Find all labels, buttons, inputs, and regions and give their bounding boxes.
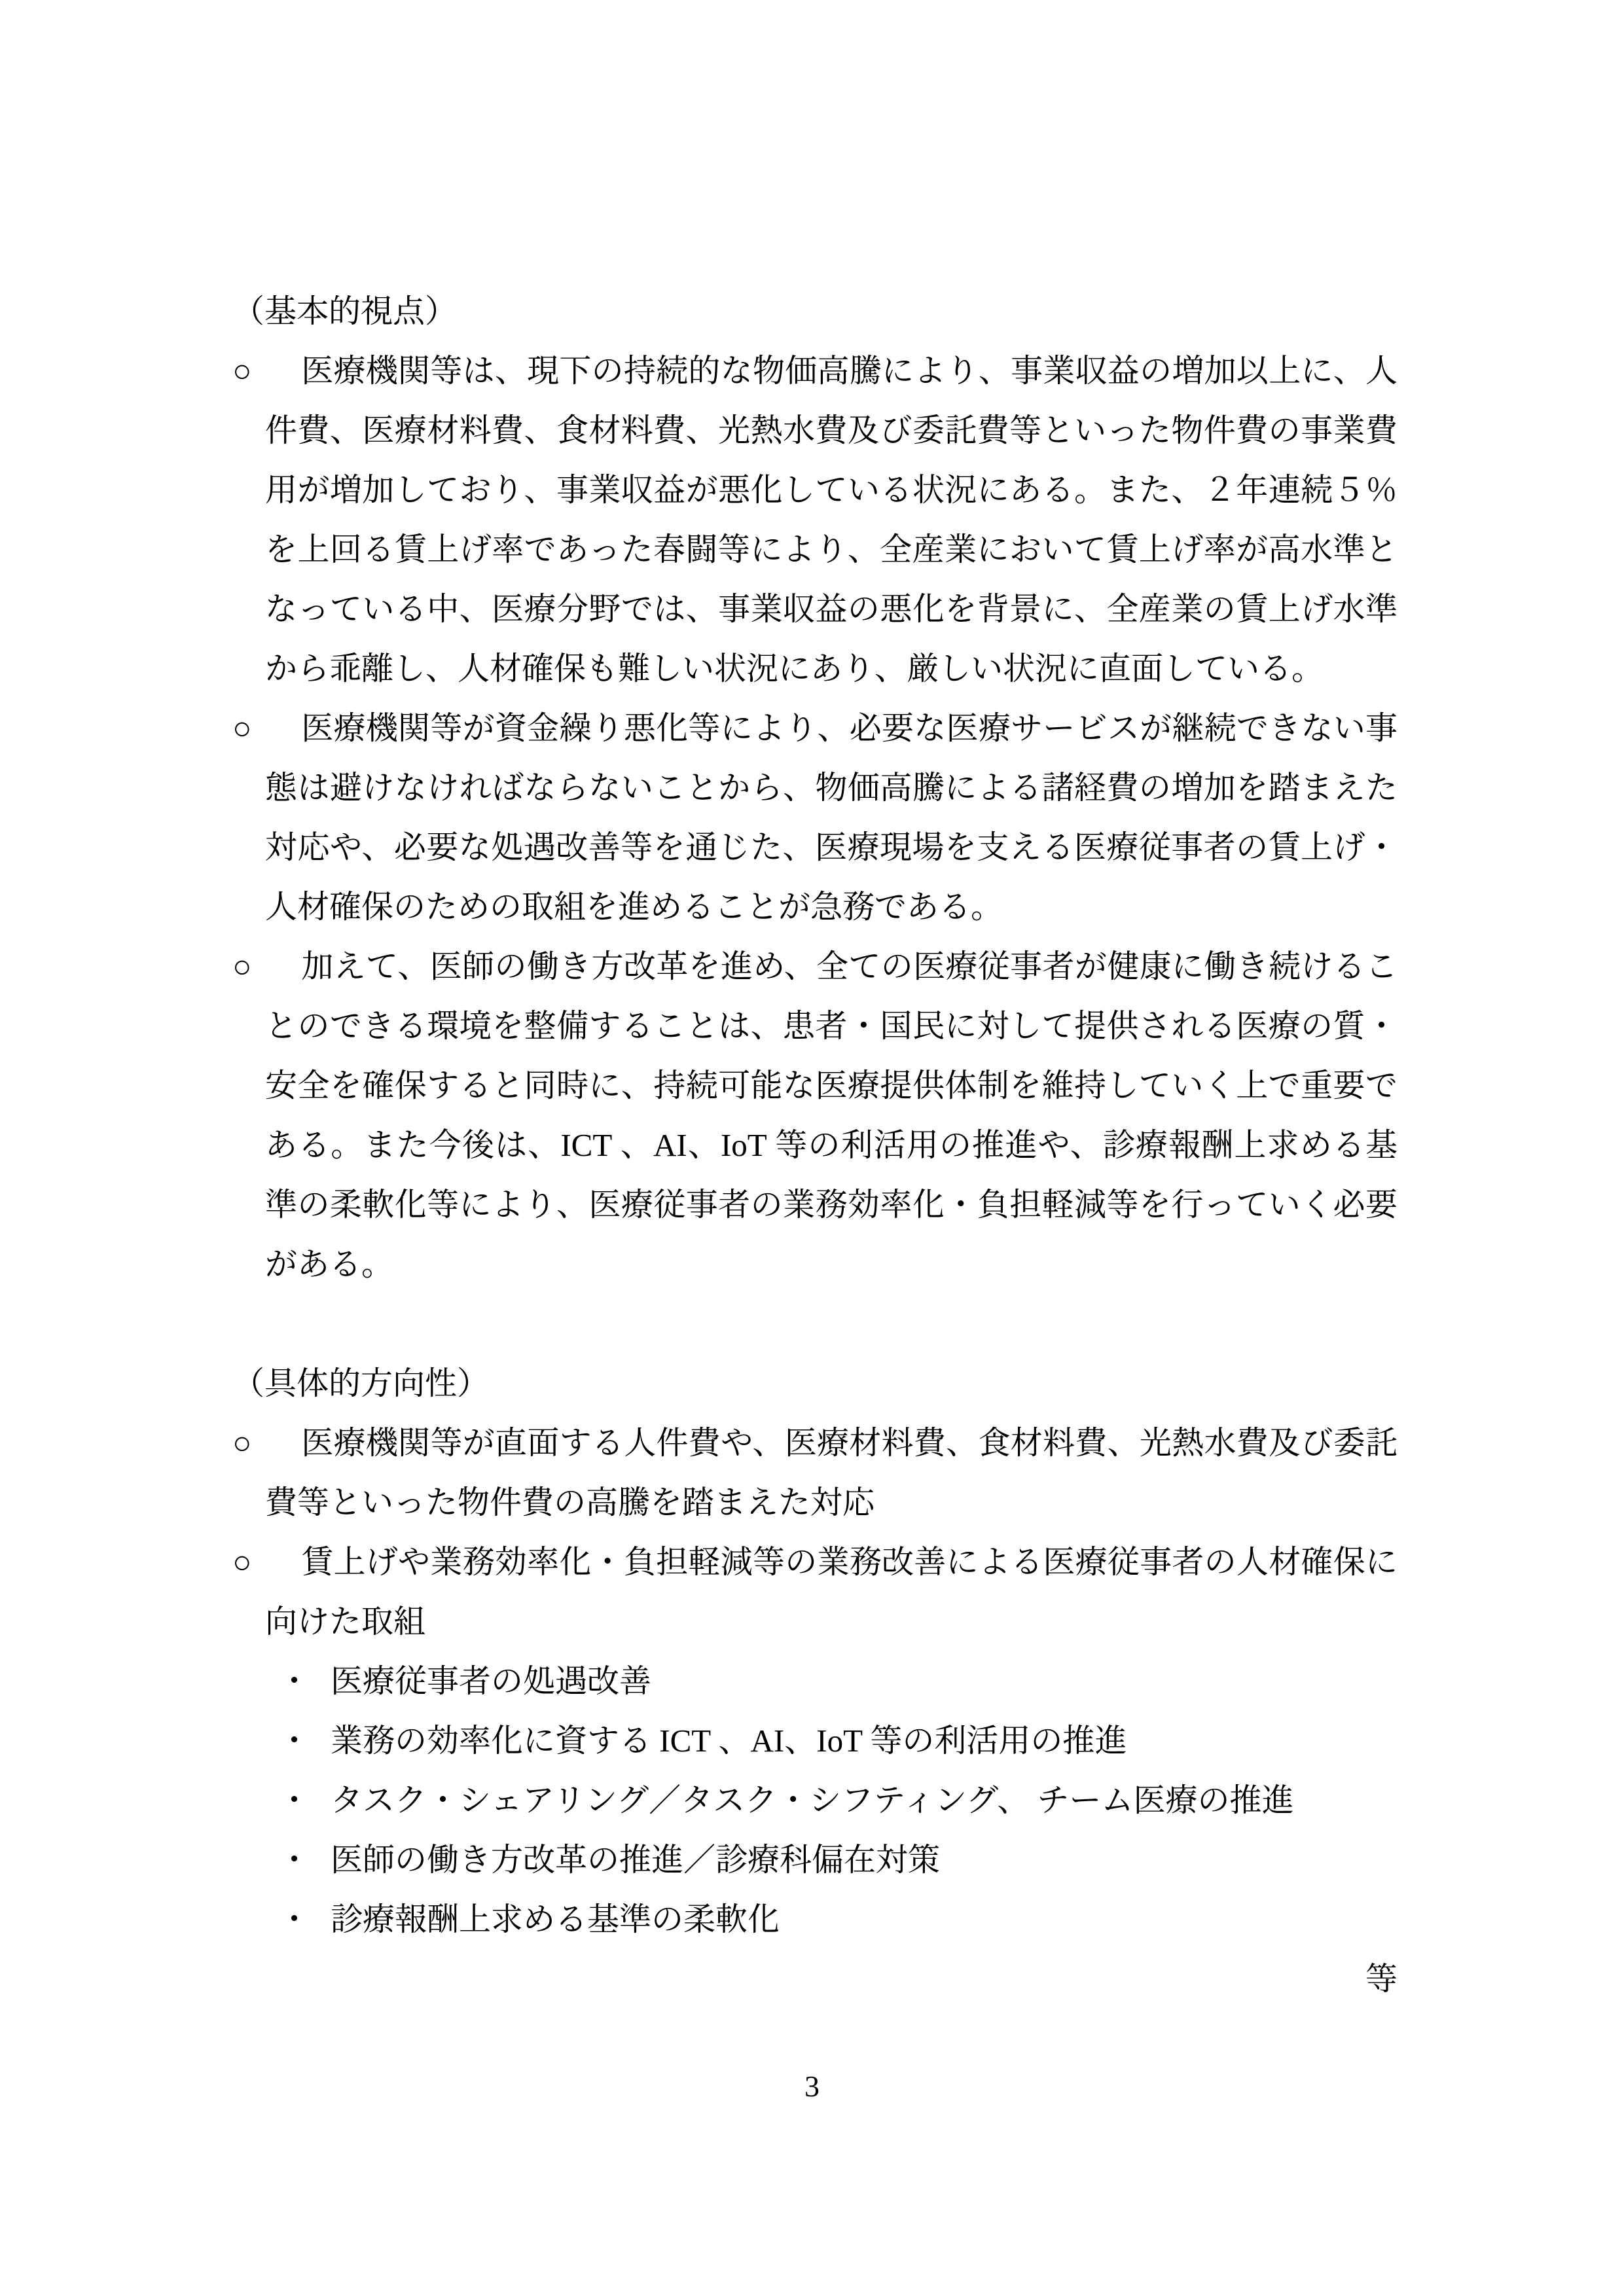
dot-bullet-marker: ・ [278,1651,331,1711]
dot-bullet-marker: ・ [278,1770,331,1830]
circle-bullet-marker: ○ [232,1532,301,1592]
etc-label: 等 [232,1949,1398,2009]
sub-bullet-text: 業務の効率化に資する ICT 、AI、IoT 等の利活用の推進 [331,1723,1127,1759]
bullet-text: 加えて、医師の働き方改革を進め、全ての医療従事者が健康に働き続けることのできる環… [265,948,1398,1282]
bullet-text: 医療機関等は、現下の持続的な物価高騰により、事業収益の増加以上に、人件費、医療材… [265,353,1398,687]
bullet-text: 医療機関等が資金繰り悪化等により、必要な医療サービスが継続できない事態は避けなけ… [265,710,1398,925]
bullet-item: ○賃上げや業務効率化・負担軽減等の業務改善による医療従事者の人材確保に向けた取組 [232,1532,1398,1651]
document-content: （基本的視点） ○医療機関等は、現下の持続的な物価高騰により、事業収益の増加以上… [232,281,1398,2009]
blank-line [232,1294,1398,1354]
dot-bullet-marker: ・ [278,1711,331,1770]
bullet-item: ○医療機関等は、現下の持続的な物価高騰により、事業収益の増加以上に、人件費、医療… [232,341,1398,698]
sub-bullet-item: ・診療報酬上求める基準の柔軟化 [232,1890,1398,1949]
bullet-text: 賃上げや業務効率化・負担軽減等の業務改善による医療従事者の人材確保に向けた取組 [265,1544,1398,1640]
dot-bullet-marker: ・ [278,1890,331,1949]
sub-bullet-text: 診療報酬上求める基準の柔軟化 [331,1901,780,1937]
page-number: 3 [0,2056,1624,2116]
circle-bullet-marker: ○ [232,1413,301,1473]
sub-bullet-text: タスク・シェアリング／タスク・シフティング、 チーム医療の推進 [331,1782,1293,1818]
circle-bullet-marker: ○ [232,341,301,401]
bullet-item: ○加えて、医師の働き方改革を進め、全ての医療従事者が健康に働き続けることのできる… [232,937,1398,1294]
section-heading-specific-direction: （具体的方向性） [232,1354,1398,1413]
bullet-item: ○医療機関等が直面する人件費や、医療材料費、食材料費、光熱水費及び委託費等といっ… [232,1413,1398,1532]
document-page: （基本的視点） ○医療機関等は、現下の持続的な物価高騰により、事業収益の増加以上… [0,0,1624,2296]
dot-bullet-marker: ・ [278,1830,331,1890]
sub-bullet-text: 医師の働き方改革の推進／診療科偏在対策 [331,1842,940,1878]
section-heading-basic-viewpoint: （基本的視点） [232,281,1398,341]
sub-bullet-item: ・医師の働き方改革の推進／診療科偏在対策 [232,1830,1398,1890]
sub-bullet-item: ・医療従事者の処遇改善 [232,1651,1398,1711]
circle-bullet-marker: ○ [232,937,301,996]
sub-bullet-text: 医療従事者の処遇改善 [331,1663,651,1699]
bullet-text: 医療機関等が直面する人件費や、医療材料費、食材料費、光熱水費及び委託費等といった… [265,1425,1398,1520]
sub-bullet-item: ・タスク・シェアリング／タスク・シフティング、 チーム医療の推進 [232,1770,1398,1830]
sub-bullet-item: ・業務の効率化に資する ICT 、AI、IoT 等の利活用の推進 [232,1711,1398,1770]
bullet-item: ○医療機関等が資金繰り悪化等により、必要な医療サービスが継続できない事態は避けな… [232,698,1398,937]
circle-bullet-marker: ○ [232,698,301,758]
